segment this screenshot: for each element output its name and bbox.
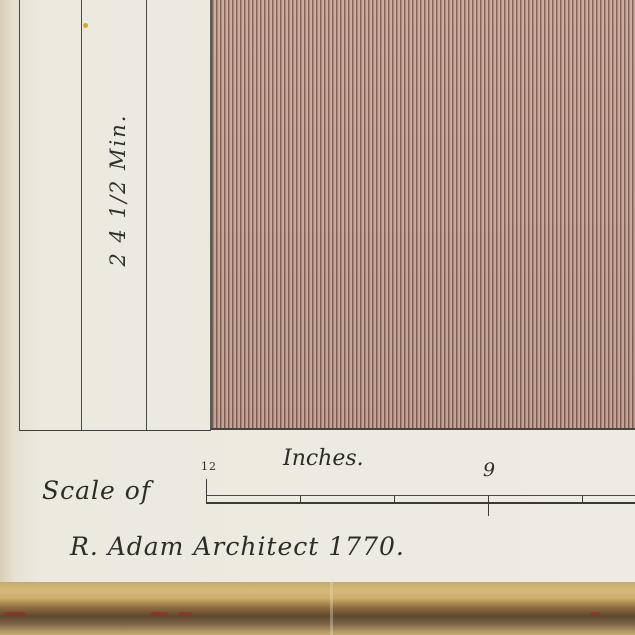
ruler-tick	[394, 496, 395, 504]
vertical-dimension-label: 2 4 1/2 Min.	[106, 114, 130, 267]
frame-wear	[178, 612, 192, 616]
scale-unit: Inches.	[283, 446, 364, 471]
ruler-tick	[582, 496, 583, 504]
margin-rule-2	[81, 0, 82, 430]
scale-bar	[207, 495, 635, 504]
ruler-tick	[488, 496, 489, 516]
scale-caption: Scale of	[42, 476, 151, 505]
ruler-tick	[300, 496, 301, 504]
frame-joint	[330, 582, 333, 635]
scale-tick-9: 9	[483, 459, 495, 481]
frame-wear	[4, 612, 26, 616]
architect-credit: R. Adam Architect 1770.	[70, 532, 405, 561]
scale-tick-12: 12	[201, 460, 217, 473]
base-rule	[19, 430, 211, 431]
gilt-frame	[0, 582, 635, 635]
frame-wear	[590, 612, 600, 616]
yellow-spot	[83, 23, 88, 28]
margin-rule-3	[146, 0, 147, 430]
frame-wear	[150, 612, 168, 616]
hatched-panel	[210, 0, 635, 430]
panel-shade	[212, 0, 635, 428]
margin-rule-1	[19, 0, 20, 430]
ruler-tick	[206, 479, 207, 504]
